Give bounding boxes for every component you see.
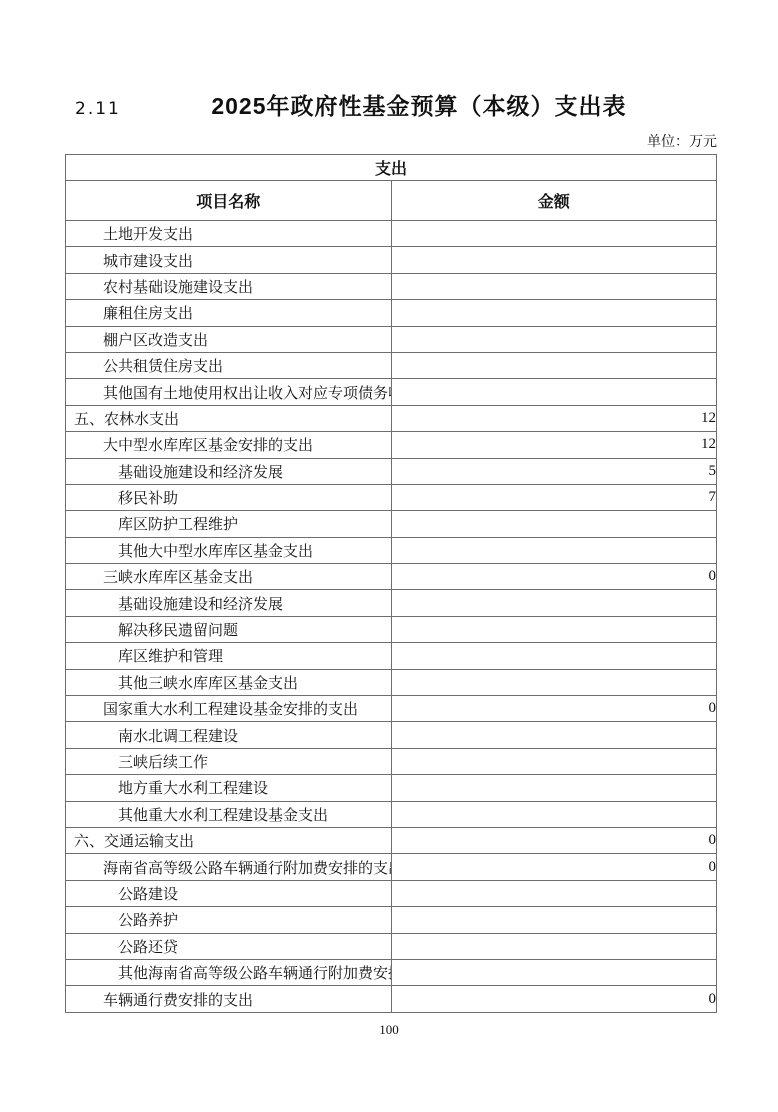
amount-cell [391,221,717,247]
table-row: 库区防护工程维护 [66,511,717,537]
column-header-row: 项目名称 金额 [66,181,717,221]
amount-cell [391,273,717,299]
item-name-cell: 车辆通行费安排的支出 [66,986,392,1012]
table-row: 城市建设支出 [66,247,717,273]
item-name-cell: 农村基础设施建设支出 [66,273,392,299]
table-row: 廉租住房支出 [66,300,717,326]
amount-cell [391,933,717,959]
item-name-cell: 其他重大水利工程建设基金支出 [66,801,392,827]
table-row: 南水北调工程建设 [66,722,717,748]
item-name-cell: 城市建设支出 [66,247,392,273]
item-name-cell: 其他三峡水库库区基金支出 [66,669,392,695]
amount-cell [391,537,717,563]
table-title-row: 支出 [66,155,717,181]
table-row: 三峡水库库区基金支出0 [66,564,717,590]
table-row: 五、农林水支出12 [66,405,717,431]
table-row: 国家重大水利工程建设基金安排的支出0 [66,696,717,722]
column-header-item-name: 项目名称 [66,181,392,221]
document-header: 2.11 2025年政府性基金预算（本级）支出表 [0,0,778,121]
item-name-cell: 公路养护 [66,907,392,933]
table-row: 车辆通行费安排的支出0 [66,986,717,1012]
table-row: 公共租赁住房支出 [66,352,717,378]
section-number: 2.11 [75,99,121,119]
amount-cell: 0 [391,827,717,853]
amount-cell [391,801,717,827]
item-name-cell: 解决移民遗留问题 [66,616,392,642]
amount-cell: 0 [391,696,717,722]
table-row: 解决移民遗留问题 [66,616,717,642]
column-header-amount: 金额 [391,181,717,221]
item-name-cell: 库区维护和管理 [66,643,392,669]
amount-cell: 5 [391,458,717,484]
table-row: 其他海南省高等级公路车辆通行附加费安排的支出 [66,959,717,985]
amount-cell [391,616,717,642]
expenditure-table: 支出 项目名称 金额 土地开发支出城市建设支出农村基础设施建设支出廉租住房支出棚… [65,154,717,1013]
amount-cell [391,643,717,669]
amount-cell [391,300,717,326]
table-row: 公路建设 [66,880,717,906]
item-name-cell: 大中型水库库区基金安排的支出 [66,432,392,458]
table-title-cell: 支出 [66,155,717,181]
table-row: 土地开发支出 [66,221,717,247]
amount-cell [391,775,717,801]
table-row: 棚户区改造支出 [66,326,717,352]
item-name-cell: 六、交通运输支出 [66,827,392,853]
table-header: 支出 项目名称 金额 [66,155,717,221]
item-name-cell: 库区防护工程维护 [66,511,392,537]
item-name-cell: 基础设施建设和经济发展 [66,458,392,484]
table-row: 大中型水库库区基金安排的支出12 [66,432,717,458]
amount-cell [391,590,717,616]
amount-cell: 12 [391,432,717,458]
page-number: 100 [0,1022,778,1038]
table-row: 六、交通运输支出0 [66,827,717,853]
amount-cell [391,880,717,906]
table-row: 基础设施建设和经济发展 [66,590,717,616]
item-name-cell: 五、农林水支出 [66,405,392,431]
item-name-cell: 其他海南省高等级公路车辆通行附加费安排的支出 [66,959,392,985]
amount-cell [391,748,717,774]
table-row: 移民补助7 [66,484,717,510]
item-name-cell: 国家重大水利工程建设基金安排的支出 [66,696,392,722]
item-name-cell: 公路还贷 [66,933,392,959]
item-name-cell: 公路建设 [66,880,392,906]
item-name-cell: 廉租住房支出 [66,300,392,326]
item-name-cell: 其他大中型水库库区基金支出 [66,537,392,563]
amount-cell [391,511,717,537]
item-name-cell: 三峡水库库区基金支出 [66,564,392,590]
item-name-cell: 公共租赁住房支出 [66,352,392,378]
amount-cell [391,326,717,352]
amount-cell [391,722,717,748]
table-row: 三峡后续工作 [66,748,717,774]
table-row: 海南省高等级公路车辆通行附加费安排的支出0 [66,854,717,880]
table-row: 其他三峡水库库区基金支出 [66,669,717,695]
item-name-cell: 移民补助 [66,484,392,510]
item-name-cell: 三峡后续工作 [66,748,392,774]
table-row: 农村基础设施建设支出 [66,273,717,299]
amount-cell: 0 [391,854,717,880]
item-name-cell: 海南省高等级公路车辆通行附加费安排的支出 [66,854,392,880]
amount-cell [391,352,717,378]
item-name-cell: 其他国有土地使用权出让收入对应专项债务收入安排的支出 [66,379,392,405]
amount-cell: 7 [391,484,717,510]
amount-cell [391,959,717,985]
table-row: 公路还贷 [66,933,717,959]
table-row: 其他重大水利工程建设基金支出 [66,801,717,827]
item-name-cell: 棚户区改造支出 [66,326,392,352]
table-row: 库区维护和管理 [66,643,717,669]
document-page: 2.11 2025年政府性基金预算（本级）支出表 单位：万元 支出 项目名称 金… [0,0,778,1112]
page-title: 2025年政府性基金预算（本级）支出表 [121,88,717,121]
table-row: 其他大中型水库库区基金支出 [66,537,717,563]
item-name-cell: 土地开发支出 [66,221,392,247]
amount-cell: 0 [391,564,717,590]
table-body: 土地开发支出城市建设支出农村基础设施建设支出廉租住房支出棚户区改造支出公共租赁住… [66,221,717,1013]
amount-cell [391,907,717,933]
amount-cell: 0 [391,986,717,1012]
item-name-cell: 南水北调工程建设 [66,722,392,748]
amount-cell [391,247,717,273]
item-name-cell: 地方重大水利工程建设 [66,775,392,801]
item-name-cell: 基础设施建设和经济发展 [66,590,392,616]
amount-cell [391,669,717,695]
amount-cell [391,379,717,405]
table-row: 其他国有土地使用权出让收入对应专项债务收入安排的支出 [66,379,717,405]
table-row: 地方重大水利工程建设 [66,775,717,801]
amount-cell: 12 [391,405,717,431]
table-row: 基础设施建设和经济发展5 [66,458,717,484]
unit-label: 单位：万元 [0,131,778,151]
table-row: 公路养护 [66,907,717,933]
